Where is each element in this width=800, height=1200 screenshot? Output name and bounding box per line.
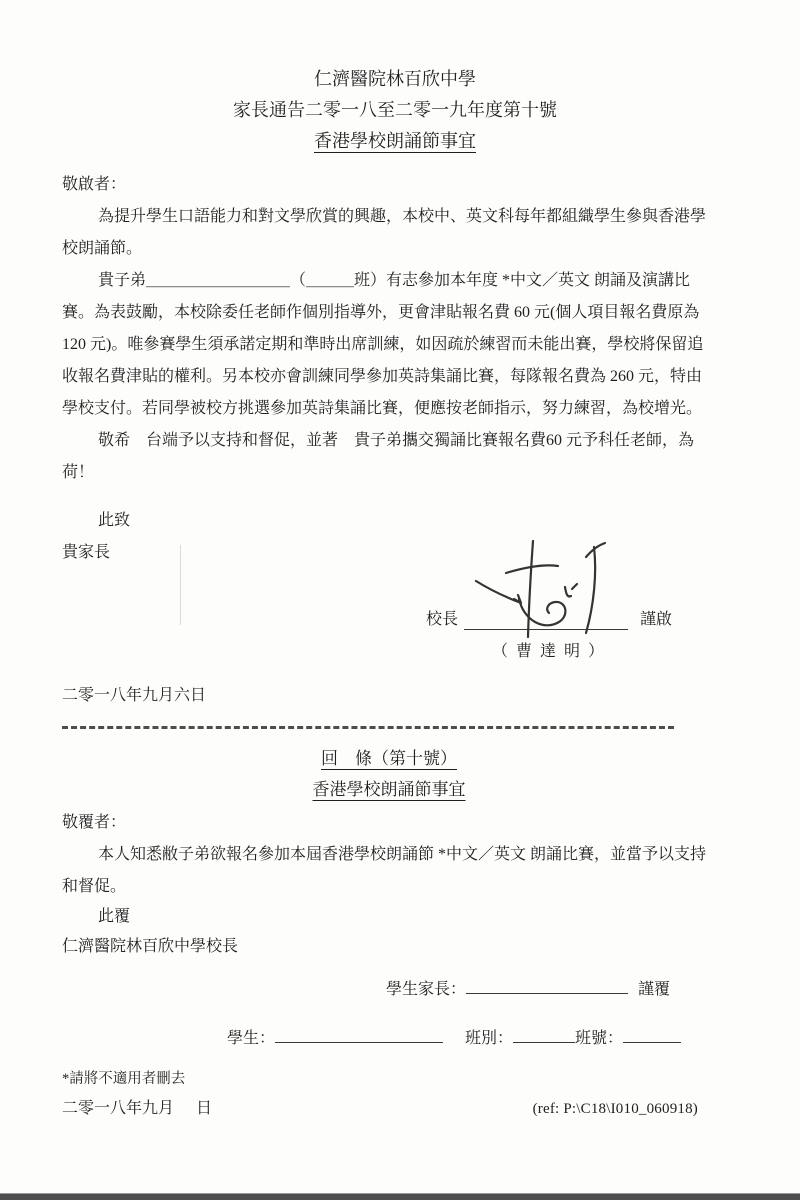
- letter-paragraph-1: 為提升學生口語能力和對文學欣賞的興趣，本校中、英文科每年都組織學生參與香港學校朗…: [62, 201, 712, 265]
- principal-honorific: 謹啟: [640, 604, 672, 636]
- principal-signature: [468, 539, 628, 639]
- scanned-notice-page: 仁濟醫院林百欣中學 家長通告二零一八至二零一九年度第十號 香港學校朗誦節事宜 敬…: [0, 0, 800, 1200]
- letter-closing-cishi: 此致: [62, 505, 712, 537]
- reply-closing: 此覆: [62, 903, 712, 931]
- scan-bottom-edge: [0, 1193, 800, 1200]
- class-number-label: 班號：: [575, 1030, 623, 1047]
- letter-salutation: 敬啟者：: [62, 169, 712, 201]
- parent-signature-row: 學生家長：謹覆: [386, 971, 712, 1006]
- student-label: 學生：: [227, 1030, 275, 1047]
- notice-header: 仁濟醫院林百欣中學 家長通告二零一八至二零一九年度第十號 香港學校朗誦節事宜: [70, 64, 720, 157]
- parent-honorific: 謹覆: [638, 981, 670, 998]
- notice-subject: 香港學校朗誦節事宜: [70, 126, 720, 157]
- letter-paragraph-3: 敬希 台端予以支持和督促，並著 貴子弟攜交獨誦比賽報名費60 元予科任老師，為荷…: [62, 425, 712, 489]
- principal-label: 校長: [426, 604, 458, 636]
- student-name-blank: [275, 1020, 443, 1043]
- parent-label: 學生家長：: [386, 981, 466, 998]
- delete-inapplicable-footnote: *請將不適用者刪去: [62, 1067, 712, 1091]
- notice-content: 仁濟醫院林百欣中學 家長通告二零一八至二零一九年度第十號 香港學校朗誦節事宜 敬…: [0, 0, 800, 1125]
- class-number-blank: [623, 1020, 681, 1043]
- reply-date-prefix: 二零一八年九月: [62, 1100, 174, 1117]
- letter-date: 二零一八年九月六日: [62, 680, 712, 712]
- scan-artifact-line: [180, 545, 181, 625]
- school-name: 仁濟醫院林百欣中學: [70, 64, 720, 95]
- reply-salutation: 敬覆者：: [62, 807, 712, 839]
- reply-addressee: 仁濟醫院林百欣中學校長: [62, 931, 712, 963]
- student-info-row: 學生：班別：班號：: [227, 1020, 712, 1055]
- tear-off-dashed-divider: [62, 726, 674, 729]
- reply-date: 二零一八年九月日: [62, 1093, 212, 1125]
- reply-slip-subject: 香港學校朗誦節事宜: [64, 774, 714, 805]
- class-blank: [513, 1020, 575, 1043]
- signature-row: 校長 謹啟: [426, 603, 712, 636]
- reply-date-day-suffix: 日: [196, 1100, 212, 1117]
- notice-number-line: 家長通告二零一八至二零一九年度第十號: [70, 95, 720, 126]
- reply-slip-title: 回 條（第十號）: [64, 743, 714, 774]
- reply-date-row: 二零一八年九月日 (ref: P:\C18\I010_060918): [62, 1093, 712, 1125]
- principal-name: （ 曹 達 明 ）: [492, 636, 712, 668]
- reply-slip-header: 回 條（第十號） 香港學校朗誦節事宜: [64, 743, 714, 805]
- reply-body: 本人知悉敝子弟欲報名參加本屆香港學校朗誦節 *中文／英文 朗誦比賽，並當予以支持…: [62, 839, 712, 903]
- parent-signature-blank: [466, 971, 628, 994]
- class-label: 班別：: [465, 1030, 513, 1047]
- signature-line: [464, 603, 628, 630]
- letter-paragraph-2: 貴子弟＿＿＿＿＿＿＿＿＿（＿＿＿班）有志參加本年度 *中文／英文 朗誦及演講比賽…: [62, 265, 712, 425]
- file-reference: (ref: P:\C18\I010_060918): [533, 1093, 698, 1125]
